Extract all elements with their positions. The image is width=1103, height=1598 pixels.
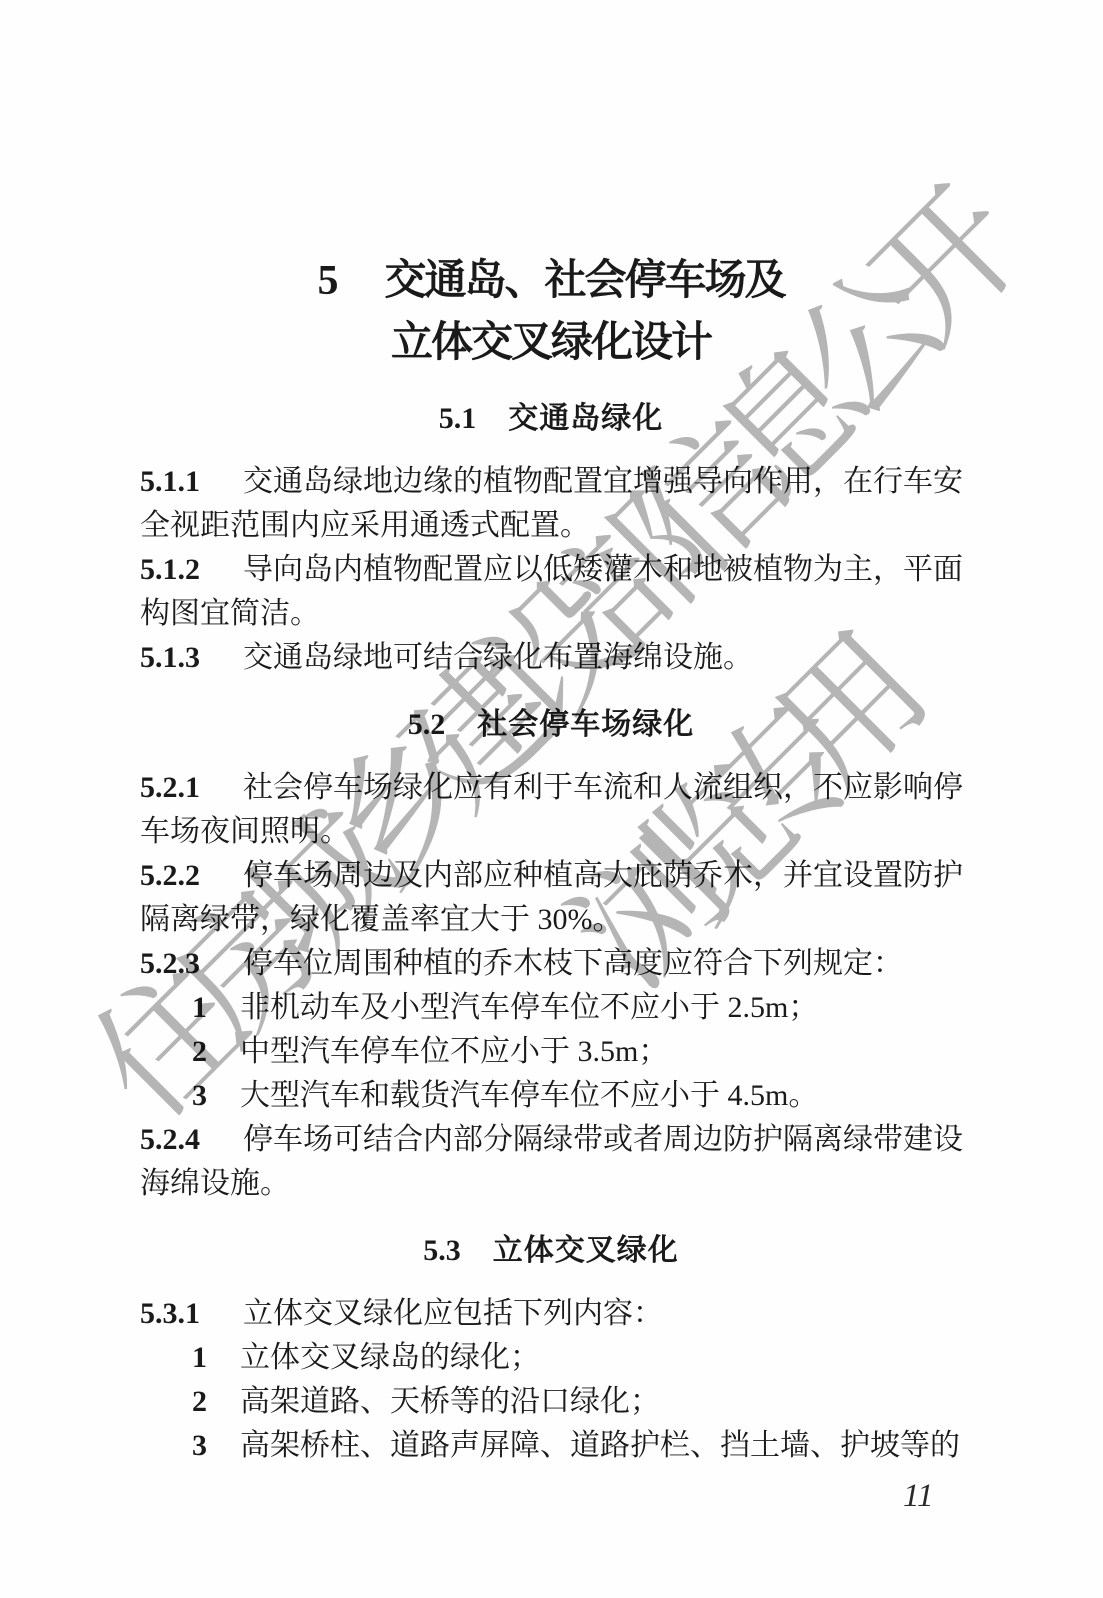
clause-text: 立体交叉绿化应包括下列内容：	[243, 1297, 663, 1330]
list-item-1: 1立体交叉绿岛的绿化；	[140, 1336, 962, 1380]
item-text: 高架桥柱、道路声屏障、道路护栏、挡土墙、护坡等的	[240, 1429, 960, 1462]
chapter-title-line-1: 5交通岛、社会停车场及	[140, 250, 962, 312]
clause-number: 5.1.2	[140, 548, 243, 592]
chapter-number: 5	[317, 258, 338, 304]
section-heading-5-3: 5.3立体交叉绿化	[140, 1234, 962, 1268]
clause-line: 全视距范围内应采用通透式配置。	[140, 504, 962, 548]
chapter-title: 5交通岛、社会停车场及 立体交叉绿化设计	[140, 250, 962, 374]
chapter-title-line-2: 立体交叉绿化设计	[140, 312, 962, 374]
item-number: 2	[192, 1380, 240, 1424]
page-number: 11	[903, 1478, 934, 1515]
clause-number: 5.2.4	[140, 1118, 243, 1162]
clause-5-2-2: 5.2.2停车场周边及内部应种植高大庇荫乔木，并宜设置防护 隔离绿带，绿化覆盖率…	[140, 854, 962, 942]
clause-line: 隔离绿带，绿化覆盖率宜大于 30%。	[140, 898, 962, 942]
list-item-1: 1非机动车及小型汽车停车位不应小于 2.5m；	[140, 986, 962, 1030]
item-text: 中型汽车停车位不应小于 3.5m；	[240, 1035, 668, 1068]
chapter-title-text: 交通岛、社会停车场及	[384, 258, 784, 304]
clause-5-1-2: 5.1.2导向岛内植物配置应以低矮灌木和地被植物为主，平面 构图宜简洁。	[140, 548, 962, 636]
clause-line: 5.1.1交通岛绿地边缘的植物配置宜增强导向作用，在行车安	[140, 460, 962, 504]
section-heading-text: 交通岛绿化	[508, 402, 663, 435]
list-item-3: 3高架桥柱、道路声屏障、道路护栏、挡土墙、护坡等的	[140, 1424, 962, 1468]
section-heading-text: 社会停车场绿化	[477, 708, 694, 741]
item-text: 非机动车及小型汽车停车位不应小于 2.5m；	[240, 991, 818, 1024]
clause-number: 5.2.3	[140, 942, 243, 986]
document-page: 5交通岛、社会停车场及 立体交叉绿化设计 5.1交通岛绿化 5.1.1交通岛绿地…	[0, 0, 1103, 1598]
section-heading-5-2: 5.2社会停车场绿化	[140, 708, 962, 742]
section-heading-number: 5.3	[423, 1234, 461, 1267]
section-heading-5-1: 5.1交通岛绿化	[140, 402, 962, 436]
clause-line: 海绵设施。	[140, 1162, 962, 1206]
clause-number: 5.1.1	[140, 460, 243, 504]
section-heading-number: 5.2	[408, 708, 446, 741]
clause-text: 社会停车场绿化应有利于车流和人流组织，不应影响停	[243, 771, 963, 804]
clause-text: 交通岛绿地可结合绿化布置海绵设施。	[243, 641, 753, 674]
list-item-3: 3大型汽车和载货汽车停车位不应小于 4.5m。	[140, 1074, 962, 1118]
clause-line: 构图宜简洁。	[140, 592, 962, 636]
clause-text: 停车场周边及内部应种植高大庇荫乔木，并宜设置防护	[243, 859, 963, 892]
clause-5-3-1: 5.3.1立体交叉绿化应包括下列内容：	[140, 1292, 962, 1336]
item-text: 高架道路、天桥等的沿口绿化；	[240, 1385, 660, 1418]
clause-line: 5.2.2停车场周边及内部应种植高大庇荫乔木，并宜设置防护	[140, 854, 962, 898]
section-heading-text: 立体交叉绿化	[493, 1234, 679, 1267]
clause-number: 5.3.1	[140, 1292, 243, 1336]
clause-line: 5.1.3交通岛绿地可结合绿化布置海绵设施。	[140, 636, 962, 680]
clause-line: 5.3.1立体交叉绿化应包括下列内容：	[140, 1292, 962, 1336]
clause-5-1-1: 5.1.1交通岛绿地边缘的植物配置宜增强导向作用，在行车安 全视距范围内应采用通…	[140, 460, 962, 548]
clause-5-2-3: 5.2.3停车位周围种植的乔木枝下高度应符合下列规定：	[140, 942, 962, 986]
list-item-2: 2高架道路、天桥等的沿口绿化；	[140, 1380, 962, 1424]
section-heading-number: 5.1	[439, 402, 477, 435]
clause-line: 5.2.4停车场可结合内部分隔绿带或者周边防护隔离绿带建设	[140, 1118, 962, 1162]
clause-5-1-3: 5.1.3交通岛绿地可结合绿化布置海绵设施。	[140, 636, 962, 680]
clause-5-2-1: 5.2.1社会停车场绿化应有利于车流和人流组织，不应影响停 车场夜间照明。	[140, 766, 962, 854]
clause-number: 5.2.2	[140, 854, 243, 898]
clause-text: 导向岛内植物配置应以低矮灌木和地被植物为主，平面	[243, 553, 963, 586]
clause-line: 5.1.2导向岛内植物配置应以低矮灌木和地被植物为主，平面	[140, 548, 962, 592]
list-item-2: 2中型汽车停车位不应小于 3.5m；	[140, 1030, 962, 1074]
clause-text: 交通岛绿地边缘的植物配置宜增强导向作用，在行车安	[243, 465, 963, 498]
item-number: 2	[192, 1030, 240, 1074]
clause-line: 车场夜间照明。	[140, 810, 962, 854]
clause-line: 5.2.1社会停车场绿化应有利于车流和人流组织，不应影响停	[140, 766, 962, 810]
item-number: 1	[192, 1336, 240, 1380]
clause-5-2-4: 5.2.4停车场可结合内部分隔绿带或者周边防护隔离绿带建设 海绵设施。	[140, 1118, 962, 1206]
page-content: 5交通岛、社会停车场及 立体交叉绿化设计 5.1交通岛绿化 5.1.1交通岛绿地…	[140, 0, 962, 1468]
item-number: 3	[192, 1424, 240, 1468]
clause-text: 停车场可结合内部分隔绿带或者周边防护隔离绿带建设	[243, 1123, 963, 1156]
item-text: 立体交叉绿岛的绿化；	[240, 1341, 540, 1374]
item-text: 大型汽车和载货汽车停车位不应小于 4.5m。	[240, 1079, 818, 1112]
clause-number: 5.2.1	[140, 766, 243, 810]
item-number: 1	[192, 986, 240, 1030]
clause-number: 5.1.3	[140, 636, 243, 680]
clause-text: 停车位周围种植的乔木枝下高度应符合下列规定：	[243, 947, 903, 980]
clause-line: 5.2.3停车位周围种植的乔木枝下高度应符合下列规定：	[140, 942, 962, 986]
item-number: 3	[192, 1074, 240, 1118]
